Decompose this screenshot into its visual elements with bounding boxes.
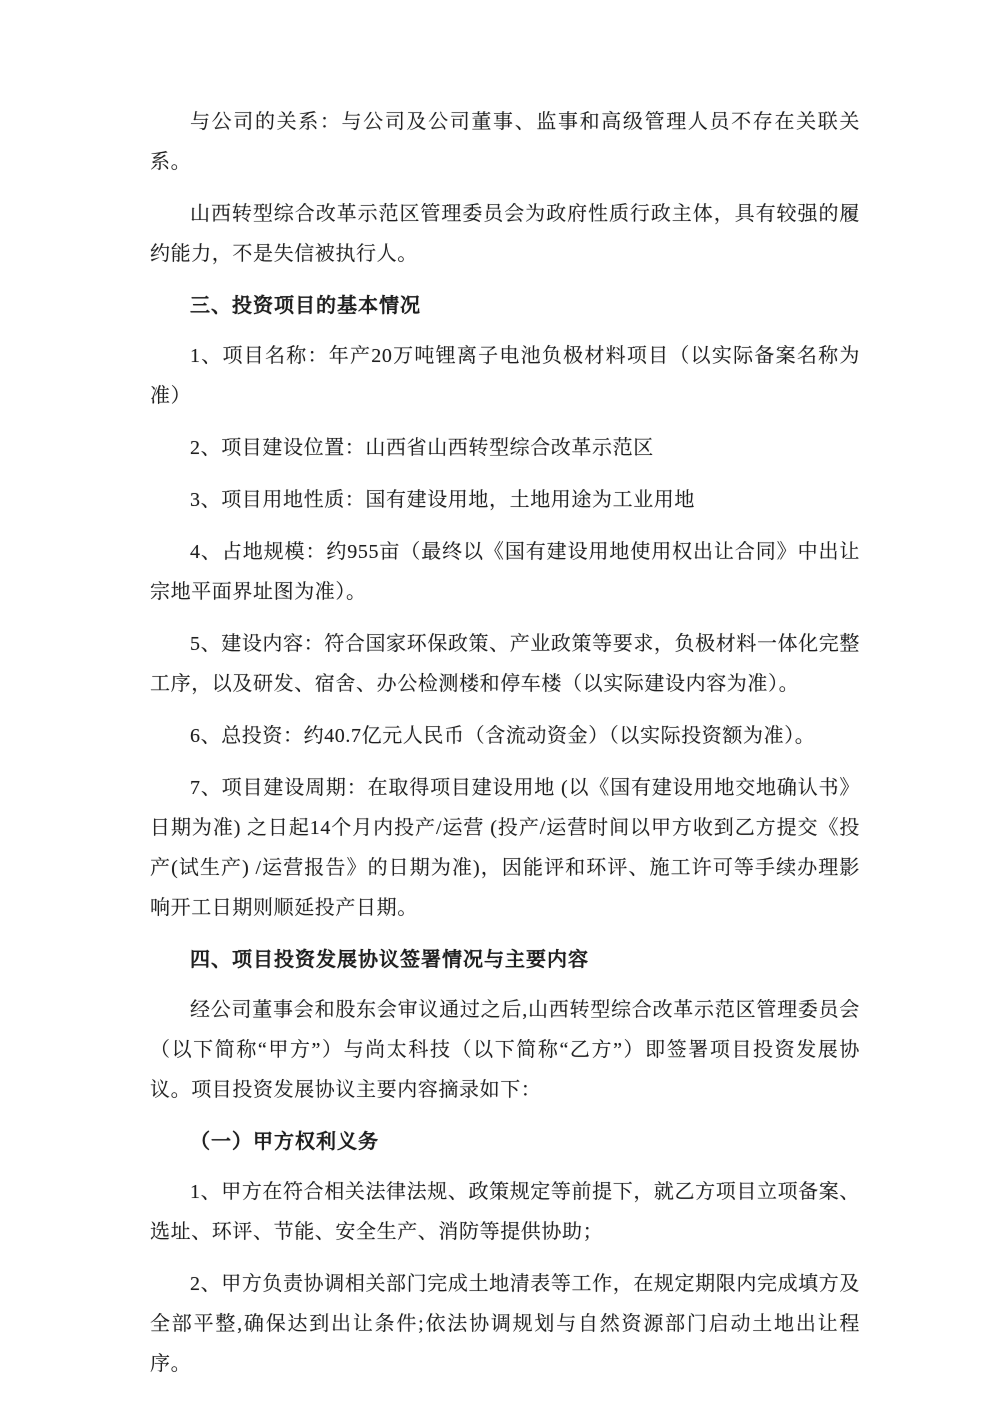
item-party-a-obligation-1: 1、甲方在符合相关法律法规、政策规定等前提下，就乙方项目立项备案、选址、环评、节… <box>150 1172 860 1252</box>
item-construction-period: 7、项目建设周期：在取得项目建设用地 (以《国有建设用地交地确认书》日期为准) … <box>150 768 860 928</box>
paragraph-agreement-signing: 经公司董事会和股东会审议通过之后,山西转型综合改革示范区管理委员会（以下简称“甲… <box>150 990 860 1110</box>
item-total-investment: 6、总投资：约40.7亿元人民币（含流动资金）（以实际投资额为准）。 <box>150 716 860 756</box>
heading-section-four-agreement: 四、项目投资发展协议签署情况与主要内容 <box>150 940 860 980</box>
item-project-name: 1、项目名称：年产20万吨锂离子电池负极材料项目（以实际备案名称为准） <box>150 336 860 416</box>
heading-section-three-project-basics: 三、投资项目的基本情况 <box>150 286 860 326</box>
heading-party-a-rights-obligations: （一）甲方权利义务 <box>150 1122 860 1162</box>
item-party-a-obligation-2: 2、甲方负责协调相关部门完成土地清表等工作，在规定期限内完成填方及全部平整,确保… <box>150 1264 860 1384</box>
document-page: 与公司的关系：与公司及公司董事、监事和高级管理人员不存在关联关系。 山西转型综合… <box>0 0 1000 1414</box>
item-land-scale: 4、占地规模：约955亩（最终以《国有建设用地使用权出让合同》中出让宗地平面界址… <box>150 532 860 612</box>
item-project-location: 2、项目建设位置：山西省山西转型综合改革示范区 <box>150 428 860 468</box>
paragraph-relation-with-company: 与公司的关系：与公司及公司董事、监事和高级管理人员不存在关联关系。 <box>150 102 860 182</box>
item-construction-content: 5、建设内容：符合国家环保政策、产业政策等要求，负极材料一体化完整工序，以及研发… <box>150 624 860 704</box>
item-land-use-nature: 3、项目用地性质：国有建设用地，土地用途为工业用地 <box>150 480 860 520</box>
paragraph-counterparty-credit: 山西转型综合改革示范区管理委员会为政府性质行政主体，具有较强的履约能力，不是失信… <box>150 194 860 274</box>
